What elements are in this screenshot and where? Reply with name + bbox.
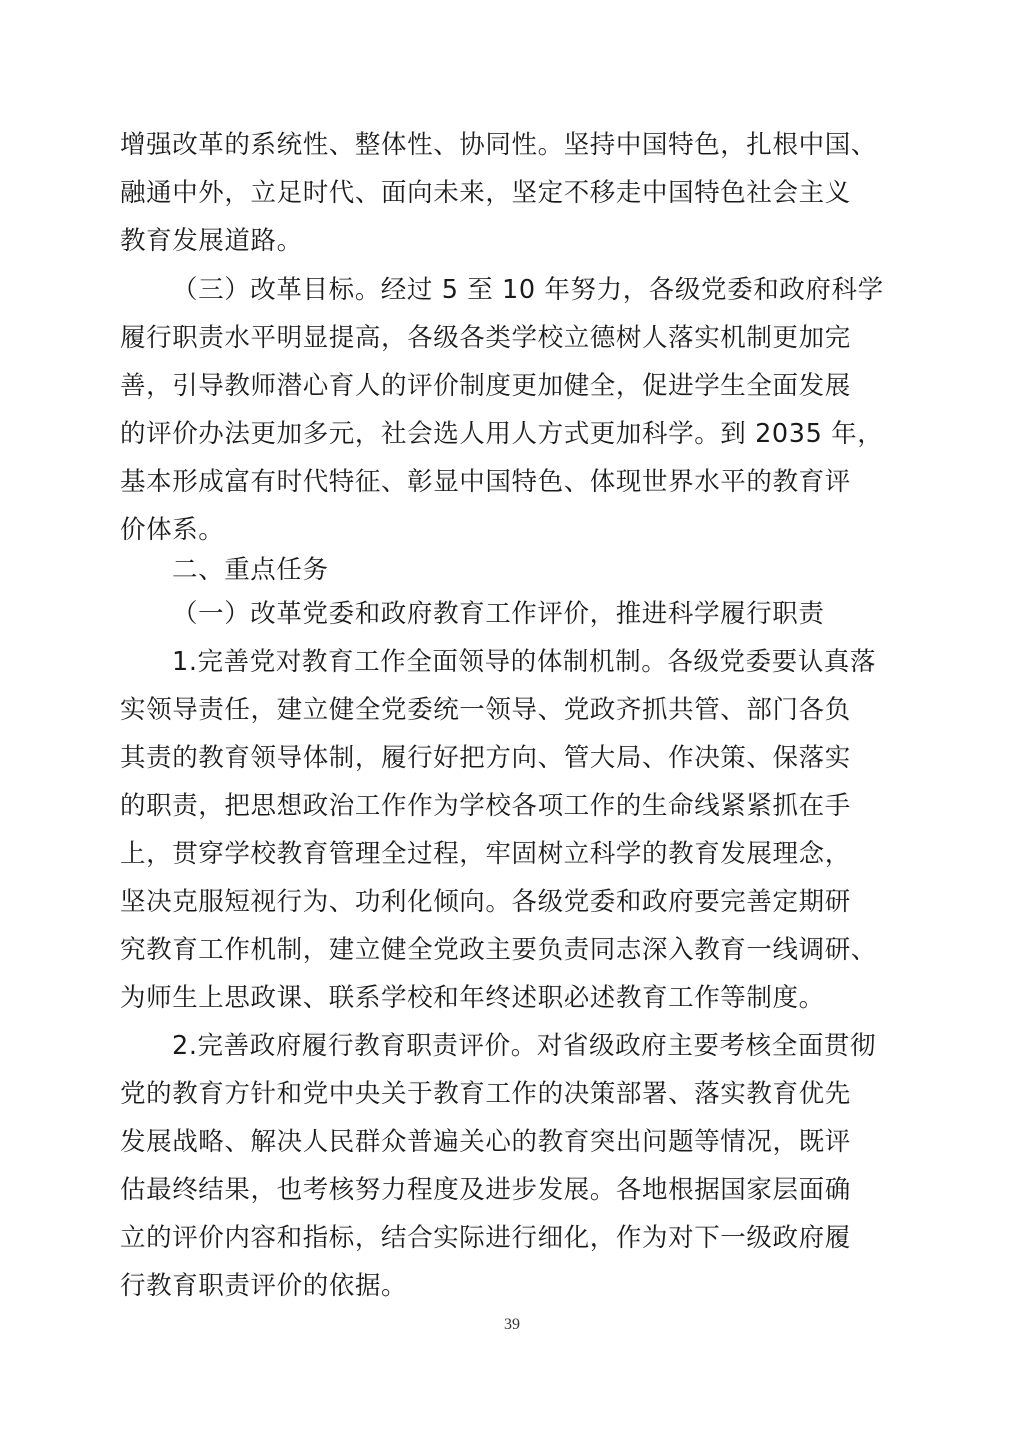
document-page: 增强改革的系统性、整体性、协同性。坚持中国特色，扎根中国、融通中外，立足时代、面… [0,0,1024,1446]
text-line: 坚决克服短视行为、功利化倾向。各级党委和政府要完善定期研 [120,887,910,917]
text-line: 上，贯穿学校教育管理全过程，牢固树立科学的教育发展理念， [120,839,910,869]
text-line: 善，引导教师潜心育人的评价制度更加健全，促进学生全面发展 [120,371,910,401]
text-line: 发展战略、解决人民群众普遍关心的教育突出问题等情况，既评 [120,1127,910,1157]
text-line: 二、重点任务 [172,555,910,585]
text-line: 教育发展道路。 [120,226,910,256]
text-line: 基本形成富有时代特征、彰显中国特色、体现世界水平的教育评 [120,467,910,497]
text-line: 增强改革的系统性、整体性、协同性。坚持中国特色，扎根中国、 [120,130,910,160]
page-number: 39 [0,1316,1024,1334]
text-line: （三）改革目标。经过 5 至 10 年努力，各级党委和政府科学 [172,275,910,305]
text-line: 的评价办法更加多元，社会选人用人方式更加科学。到 2035 年， [120,419,910,449]
text-line: 履行职责水平明显提高，各级各类学校立德树人落实机制更加完 [120,323,910,353]
text-line: 价体系。 [120,515,910,545]
text-line: 为师生上思政课、联系学校和年终述职必述教育工作等制度。 [120,983,910,1013]
text-line: 的职责，把思想政治工作作为学校各项工作的生命线紧紧抓在手 [120,791,910,821]
text-line: 究教育工作机制，建立健全党政主要负责同志深入教育一线调研、 [120,935,910,965]
text-line: 估最终结果，也考核努力程度及进步发展。各地根据国家层面确 [120,1175,910,1205]
text-line: 1.完善党对教育工作全面领导的体制机制。各级党委要认真落 [172,647,910,677]
text-line: 立的评价内容和指标，结合实际进行细化，作为对下一级政府履 [120,1223,910,1253]
text-line: 其责的教育领导体制，履行好把方向、管大局、作决策、保落实 [120,743,910,773]
text-line: 实领导责任，建立健全党委统一领导、党政齐抓共管、部门各负 [120,695,910,725]
text-line: （一）改革党委和政府教育工作评价，推进科学履行职责 [172,599,910,629]
text-line: 党的教育方针和党中央关于教育工作的决策部署、落实教育优先 [120,1079,910,1109]
text-line: 2.完善政府履行教育职责评价。对省级政府主要考核全面贯彻 [172,1031,910,1061]
text-line: 行教育职责评价的依据。 [120,1271,910,1301]
text-line: 融通中外，立足时代、面向未来，坚定不移走中国特色社会主义 [120,178,910,208]
